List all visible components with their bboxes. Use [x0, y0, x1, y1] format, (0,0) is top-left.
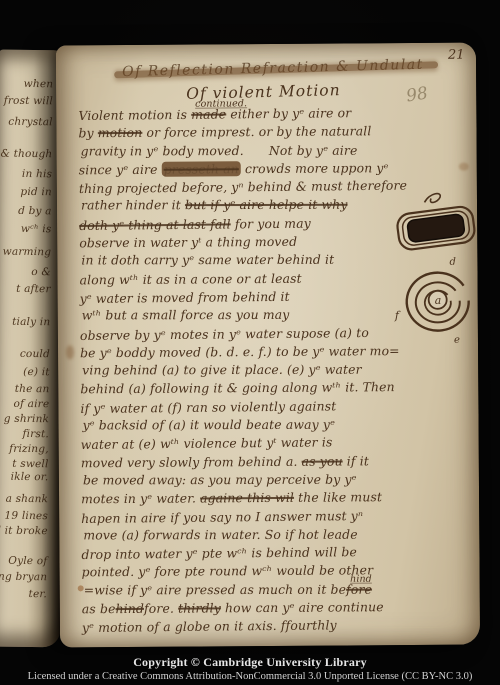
prev-page-fragment: ikle or.: [11, 471, 49, 483]
interlinear-insertion: hind: [350, 570, 372, 588]
handwritten-text: or force imprest. or by the naturall: [142, 124, 371, 141]
handwritten-text: motes in yᵉ water.: [81, 491, 200, 507]
ink-blot-body: [407, 214, 465, 243]
handwritten-text: by: [78, 125, 97, 140]
prev-page-fragment: of aire: [13, 398, 49, 410]
prev-page-fragment: (e) it: [23, 366, 50, 378]
crossed-out-heading-text: Of Reflection Refraction & Undulat: [122, 57, 424, 80]
manuscript-photo: whenfrost willchrystal& thoughin hispid …: [0, 0, 500, 685]
moving-body-diagram: b: [389, 183, 480, 260]
manuscript-body-text: Violent motion is madecontinued. either …: [78, 104, 478, 637]
handwritten-text: ving behind (a) to give it place. (e) yᵉ…: [82, 362, 362, 378]
manuscript-line: pointed. yᵉ fore pte round wᶜʰ would be …: [82, 561, 478, 582]
handwritten-text: move (a) forwards in water. So if hot le…: [83, 527, 357, 543]
water-flow-spiral-diagram: a d b e f: [391, 254, 480, 347]
handwritten-text: as be: [82, 601, 116, 616]
struck-text: thirdly: [178, 600, 221, 615]
handwritten-text: in it doth carry yᵉ same water behind it: [81, 252, 334, 268]
spiral-label-e: e: [454, 335, 460, 346]
struck-text: as you: [302, 453, 343, 468]
handwritten-text: water at (e) wᵗʰ violence but yᵗ water i…: [81, 435, 333, 453]
handwritten-text: behind (a) following it & going along wᵗ…: [80, 380, 395, 397]
spiral-label-d: d: [449, 257, 455, 268]
handwritten-text: moved very slowly from behind a.: [81, 453, 302, 470]
spiral-label-b: b: [479, 282, 481, 295]
prev-page-fragment: d by a: [18, 205, 52, 217]
handwritten-text: if it: [343, 453, 369, 468]
spiral-label-a: a: [435, 294, 442, 307]
handwritten-text: be yᵉ boddy moved (b. d. e. f.) to be yᵉ…: [80, 343, 400, 360]
prev-page-fragment: Oyle of: [8, 555, 47, 567]
handwritten-text: be moved away: as you may perceive by yᵉ: [83, 472, 357, 488]
handwritten-text: along wᵗʰ it as in a cone or at least: [79, 270, 301, 287]
diagram-label-b: b: [476, 217, 480, 231]
handwritten-text: observe by yᵉ motes in yᵉ water supose (…: [80, 325, 369, 343]
manuscript-line: =wise if yᵉ aire pressed as much on it b…: [84, 580, 478, 599]
handwritten-text: =wise if yᵉ aire pressed as much on it b…: [84, 581, 346, 597]
prev-page-fragment: frizing,: [9, 443, 49, 455]
prev-page-fragment: in his: [22, 168, 52, 180]
handwritten-text: rather hinder it: [81, 198, 185, 213]
manuscript-line: yᵉ motion of a globe on it axis. ffourth…: [82, 615, 478, 637]
handwritten-text: crowds more uppon yᵉ: [241, 160, 389, 176]
prev-page-fragment: & though: [0, 148, 52, 161]
struck-text: presseth an: [162, 161, 241, 177]
prev-page-fragment: o &: [31, 266, 51, 278]
spiral-label-f: f: [394, 309, 401, 322]
handwritten-text: the like must: [294, 489, 382, 505]
handwritten-text: how can yᵉ aire continue: [221, 599, 384, 615]
handwritten-text: drop into water yᵉ pte wᶜʰ is behind wil…: [81, 544, 357, 562]
manuscript-line: gravity in yᵉ body moved. Not by yᵉ aire: [81, 141, 475, 160]
handwritten-text: pointed. yᵉ fore pte round wᶜʰ would be …: [82, 563, 374, 580]
manuscript-line: ving behind (a) to give it place. (e) yᵉ…: [82, 361, 476, 380]
prev-page-fragment: l it broke: [0, 525, 48, 538]
struck-text: but if yᵉ aire helpe it why: [185, 197, 348, 212]
prev-page-fragment: ng bryan: [0, 571, 47, 584]
handwritten-text: hapen in aire if you say no I answer mus…: [81, 508, 363, 526]
copyright-line: Copyright © Cambridge University Library: [0, 655, 500, 670]
prev-page-fragment: a shank: [6, 493, 49, 506]
flourish-line: [424, 193, 441, 203]
license-line: Licensed under a Creative Commons Attrib…: [0, 671, 500, 682]
struck-text: againe this wil: [200, 490, 294, 506]
struck-text: forehind: [346, 581, 372, 596]
handwritten-text: yᵉ motion of a globe on it axis. ffourth…: [82, 618, 337, 636]
crossed-out-heading: Of Reflection Refraction & Undulat: [122, 56, 472, 81]
handwritten-text: fore.: [144, 601, 178, 616]
handwritten-text: thing projected before, yⁿ behind & must…: [79, 178, 407, 196]
struck-text: doth yᵉ thing at last fall: [79, 216, 231, 233]
prev-page-fragment: wᶜʰ is: [21, 223, 52, 235]
prev-page-fragment: t after: [16, 283, 51, 295]
prev-page-fragment: frost will: [4, 95, 53, 108]
handwritten-text: since yᵉ aire: [79, 162, 162, 178]
prev-page-fragment: when: [24, 78, 54, 90]
struck-text: hind: [115, 601, 144, 616]
handwritten-text: Violent motion is: [78, 107, 191, 123]
handwritten-text: gravity in yᵉ body moved. Not by yᵉ aire: [81, 142, 358, 158]
handwritten-text: yᵉ backsid of (a) it would beate away yᵉ: [83, 417, 335, 433]
prev-page-fragment: could: [20, 348, 50, 360]
prev-page-fragment: warming: [3, 246, 52, 259]
prev-page-fragment: tialy in: [12, 316, 50, 328]
prev-page-fragment: chrystal: [8, 116, 53, 129]
prev-page-fragment: the an: [15, 383, 50, 395]
manuscript-line: by motion or force imprest. or by the na…: [78, 122, 474, 143]
image-caption: Copyright © Cambridge University Library…: [0, 655, 500, 682]
interlinear-insertion: continued.: [195, 95, 247, 114]
struck-text: motion: [98, 125, 143, 140]
handwritten-text: yᵉ water is moved from behind it: [80, 289, 290, 306]
prev-page-fragment: 19 lines: [4, 510, 48, 523]
prev-page-fragment: pid in: [20, 186, 52, 198]
manuscript-line: hapen in aire if you say no I answer mus…: [81, 505, 477, 527]
gutter-stain: [66, 345, 74, 359]
handwritten-text: wᵗʰ but a small force as you may: [82, 307, 290, 323]
prev-page-fragment: ter.: [28, 588, 47, 600]
manuscript-line: moved very slowly from behind a. as you …: [81, 451, 477, 472]
prev-page-fragment: first.: [22, 428, 49, 440]
prev-page-fragment: g shrink: [4, 413, 49, 426]
manuscript-line: be moved away: as you may perceive by yᵉ: [83, 470, 477, 489]
handwritten-text: for you may: [231, 215, 311, 231]
struck-text: madecontinued.: [191, 106, 226, 121]
prev-page-fragment: t swell: [12, 458, 48, 470]
manuscript-page: 21 98 Of Reflection Refraction & Undulat…: [56, 43, 480, 648]
handwritten-text: if yᵉ water at (f) ran so violently agai…: [80, 398, 336, 416]
handwritten-text: observe in water yᵗ a thing moved: [79, 234, 297, 251]
